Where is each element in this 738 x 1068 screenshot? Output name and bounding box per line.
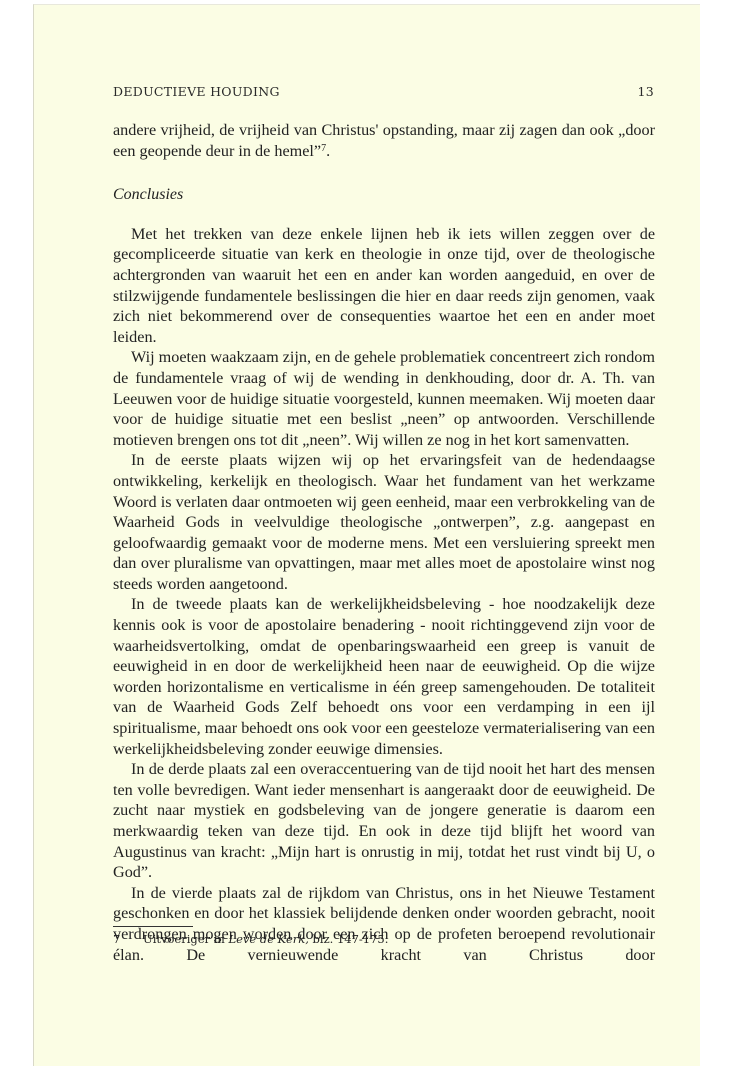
- footnote-text-before: Uitvoeriger in: [143, 932, 228, 946]
- footnote-mark: 7: [113, 932, 143, 946]
- body-text: andere vrijheid, de vrijheid van Christu…: [113, 120, 655, 965]
- intro-paragraph: andere vrijheid, de vrijheid van Christu…: [113, 120, 655, 161]
- paragraph: Met het trekken van deze enkele lijnen h…: [113, 224, 655, 348]
- running-title: DEDUCTIEVE HOUDING: [113, 84, 280, 99]
- paragraph: In de tweede plaats kan de werkelijkheid…: [113, 594, 655, 759]
- paragraph: Wij moeten waakzaam zijn, en de gehele p…: [113, 347, 655, 450]
- section-title: Conclusies: [113, 185, 655, 206]
- paragraph: In de vierde plaats zal de rijkdom van C…: [113, 883, 655, 965]
- footnote-divider: [113, 926, 193, 927]
- paragraph: In de derde plaats zal een overaccentuer…: [113, 759, 655, 883]
- footnote: 7Uitvoeriger in Leve de Kerk, blz. 147-1…: [113, 932, 388, 946]
- page-number: 13: [637, 84, 654, 99]
- footnote-text-after: blz. 147-175.: [309, 932, 389, 946]
- intro-end: .: [326, 142, 330, 160]
- paragraph: In de eerste plaats wijzen wij op het er…: [113, 450, 655, 594]
- intro-text: andere vrijheid, de vrijheid van Christu…: [113, 121, 655, 160]
- footnote-title: Leve de Kerk,: [228, 932, 308, 946]
